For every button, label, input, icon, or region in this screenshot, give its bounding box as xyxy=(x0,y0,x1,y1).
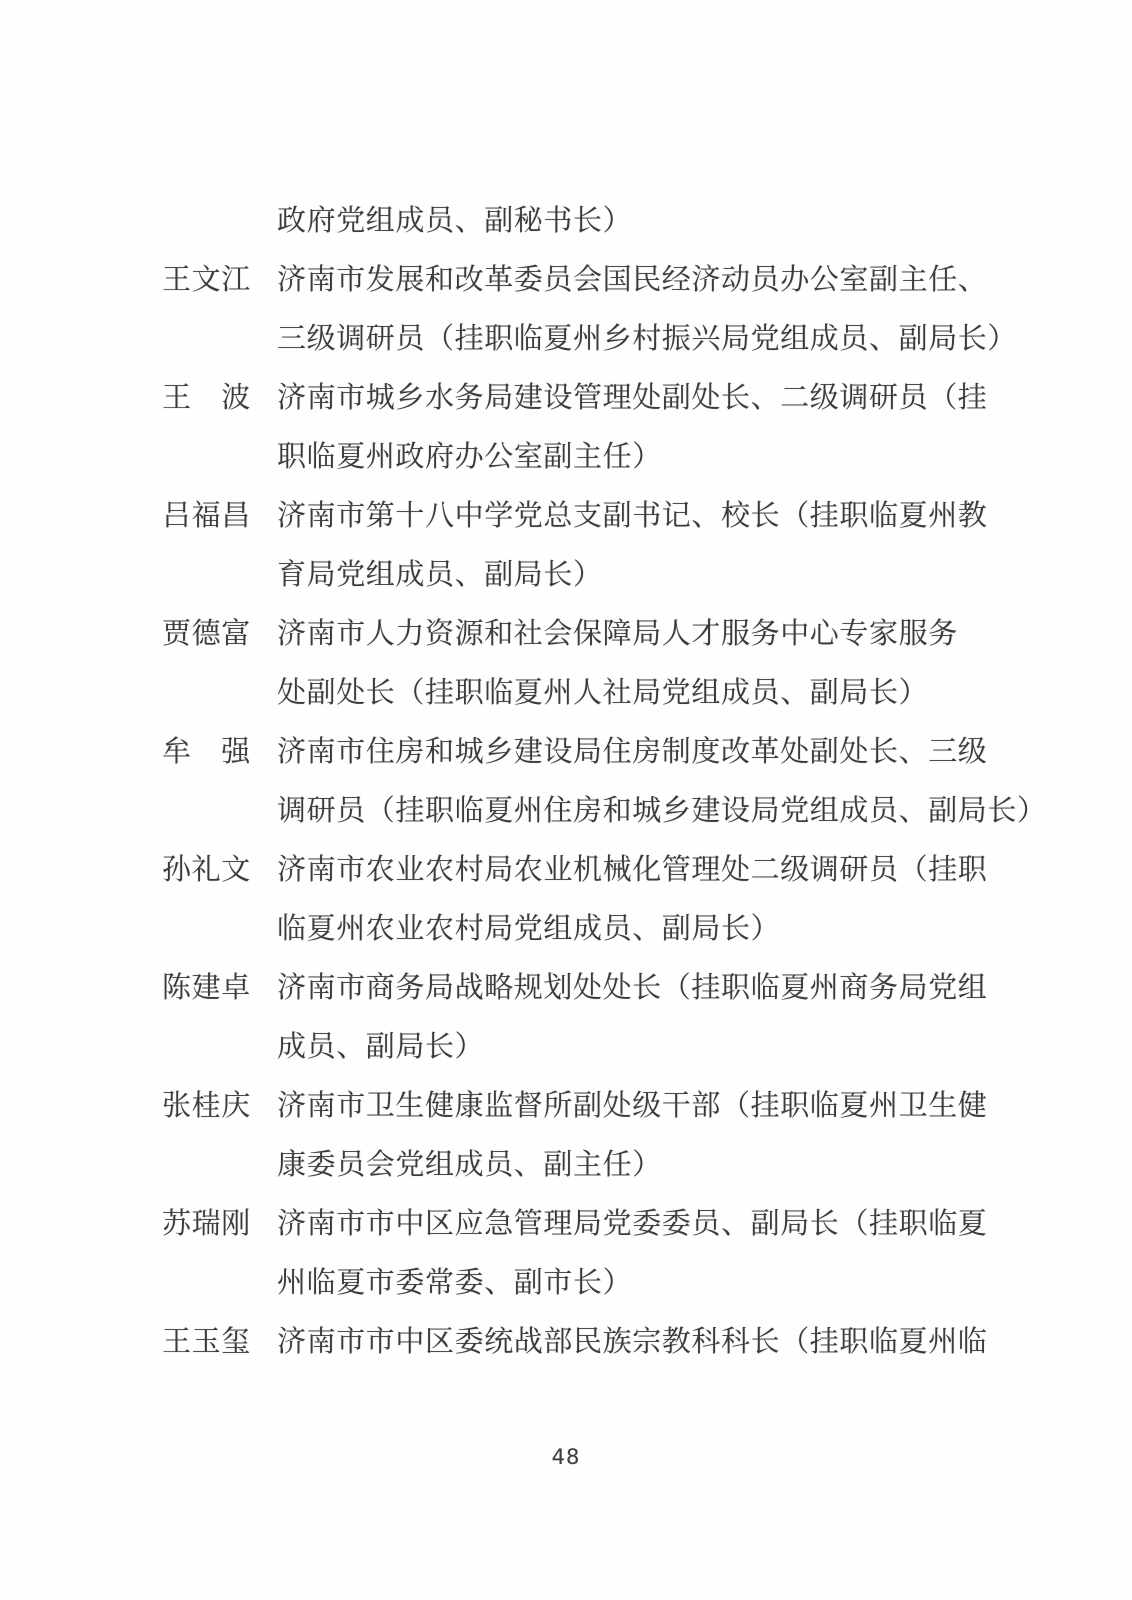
position-line: 州临夏市委常委、副市长） xyxy=(277,1253,1072,1312)
continuation-line: 政府党组成员、副秘书长） xyxy=(277,191,1072,250)
position-line: 济南市人力资源和社会保障局人才服务中心专家服务 xyxy=(277,604,1072,663)
position-line: 济南市市中区应急管理局党委委员、副局长（挂职临夏 xyxy=(277,1194,1072,1253)
person-position: 济南市市中区委统战部民族宗教科科长（挂职临夏州临 xyxy=(277,1312,1072,1371)
position-line: 济南市市中区委统战部民族宗教科科长（挂职临夏州临 xyxy=(277,1312,1072,1371)
position-line: 济南市商务局战略规划处处长（挂职临夏州商务局党组 xyxy=(277,958,1072,1017)
position-line: 济南市发展和改革委员会国民经济动员办公室副主任、 xyxy=(277,250,1072,309)
position-line: 调研员（挂职临夏州住房和城乡建设局党组成员、副局长） xyxy=(277,781,1072,840)
person-name: 张桂庆 xyxy=(162,1076,277,1135)
position-line: 成员、副局长） xyxy=(277,1017,1072,1076)
position-line: 育局党组成员、副局长） xyxy=(277,545,1072,604)
roster-entry: 苏瑞刚 济南市市中区应急管理局党委委员、副局长（挂职临夏州临夏市委常委、副市长） xyxy=(162,1194,1072,1312)
person-name: 王文江 xyxy=(162,250,277,309)
person-name: 牟 强 xyxy=(162,722,277,781)
position-line: 济南市住房和城乡建设局住房制度改革处副处长、三级 xyxy=(277,722,1072,781)
roster-entry: 张桂庆 济南市卫生健康监督所副处级干部（挂职临夏州卫生健康委员会党组成员、副主任… xyxy=(162,1076,1072,1194)
person-name: 孙礼文 xyxy=(162,840,277,899)
person-position: 济南市市中区应急管理局党委委员、副局长（挂职临夏州临夏市委常委、副市长） xyxy=(277,1194,1072,1312)
roster-entry: 陈建卓 济南市商务局战略规划处处长（挂职临夏州商务局党组成员、副局长） xyxy=(162,958,1072,1076)
position-line: 济南市城乡水务局建设管理处副处长、二级调研员（挂 xyxy=(277,368,1072,427)
position-line: 济南市第十八中学党总支副书记、校长（挂职临夏州教 xyxy=(277,486,1072,545)
person-name: 王玉玺 xyxy=(162,1312,277,1371)
position-line: 济南市卫生健康监督所副处级干部（挂职临夏州卫生健 xyxy=(277,1076,1072,1135)
person-position: 济南市卫生健康监督所副处级干部（挂职临夏州卫生健康委员会党组成员、副主任） xyxy=(277,1076,1072,1194)
person-position: 济南市人力资源和社会保障局人才服务中心专家服务处副处长（挂职临夏州人社局党组成员… xyxy=(277,604,1072,722)
document-body: 政府党组成员、副秘书长） 王文江 济南市发展和改革委员会国民经济动员办公室副主任… xyxy=(162,191,1072,1371)
position-line: 济南市农业农村局农业机械化管理处二级调研员（挂职 xyxy=(277,840,1072,899)
roster-entry: 牟 强 济南市住房和城乡建设局住房制度改革处副处长、三级调研员（挂职临夏州住房和… xyxy=(162,722,1072,840)
person-position: 济南市城乡水务局建设管理处副处长、二级调研员（挂职临夏州政府办公室副主任） xyxy=(277,368,1072,486)
person-position: 济南市农业农村局农业机械化管理处二级调研员（挂职临夏州农业农村局党组成员、副局长… xyxy=(277,840,1072,958)
person-position: 济南市商务局战略规划处处长（挂职临夏州商务局党组成员、副局长） xyxy=(277,958,1072,1076)
person-name: 吕福昌 xyxy=(162,486,277,545)
roster-entry: 王 波 济南市城乡水务局建设管理处副处长、二级调研员（挂职临夏州政府办公室副主任… xyxy=(162,368,1072,486)
position-line: 三级调研员（挂职临夏州乡村振兴局党组成员、副局长） xyxy=(277,309,1072,368)
page-number: 48 xyxy=(0,1445,1132,1469)
position-line: 康委员会党组成员、副主任） xyxy=(277,1135,1072,1194)
roster-entry: 孙礼文 济南市农业农村局农业机械化管理处二级调研员（挂职临夏州农业农村局党组成员… xyxy=(162,840,1072,958)
roster-entry: 贾德富 济南市人力资源和社会保障局人才服务中心专家服务处副处长（挂职临夏州人社局… xyxy=(162,604,1072,722)
roster-entry: 王玉玺 济南市市中区委统战部民族宗教科科长（挂职临夏州临 xyxy=(162,1312,1072,1371)
position-line: 职临夏州政府办公室副主任） xyxy=(277,427,1072,486)
person-name: 贾德富 xyxy=(162,604,277,663)
person-name: 苏瑞刚 xyxy=(162,1194,277,1253)
roster-entry: 王文江 济南市发展和改革委员会国民经济动员办公室副主任、三级调研员（挂职临夏州乡… xyxy=(162,250,1072,368)
person-position: 济南市住房和城乡建设局住房制度改革处副处长、三级调研员（挂职临夏州住房和城乡建设… xyxy=(277,722,1072,840)
position-line: 处副处长（挂职临夏州人社局党组成员、副局长） xyxy=(277,663,1072,722)
roster-entry: 吕福昌 济南市第十八中学党总支副书记、校长（挂职临夏州教育局党组成员、副局长） xyxy=(162,486,1072,604)
entries-list: 王文江 济南市发展和改革委员会国民经济动员办公室副主任、三级调研员（挂职临夏州乡… xyxy=(162,250,1072,1371)
person-name: 陈建卓 xyxy=(162,958,277,1017)
person-position: 济南市发展和改革委员会国民经济动员办公室副主任、三级调研员（挂职临夏州乡村振兴局… xyxy=(277,250,1072,368)
position-line: 临夏州农业农村局党组成员、副局长） xyxy=(277,899,1072,958)
person-position: 济南市第十八中学党总支副书记、校长（挂职临夏州教育局党组成员、副局长） xyxy=(277,486,1072,604)
person-name: 王 波 xyxy=(162,368,277,427)
document-page: 政府党组成员、副秘书长） 王文江 济南市发展和改革委员会国民经济动员办公室副主任… xyxy=(0,0,1132,1600)
